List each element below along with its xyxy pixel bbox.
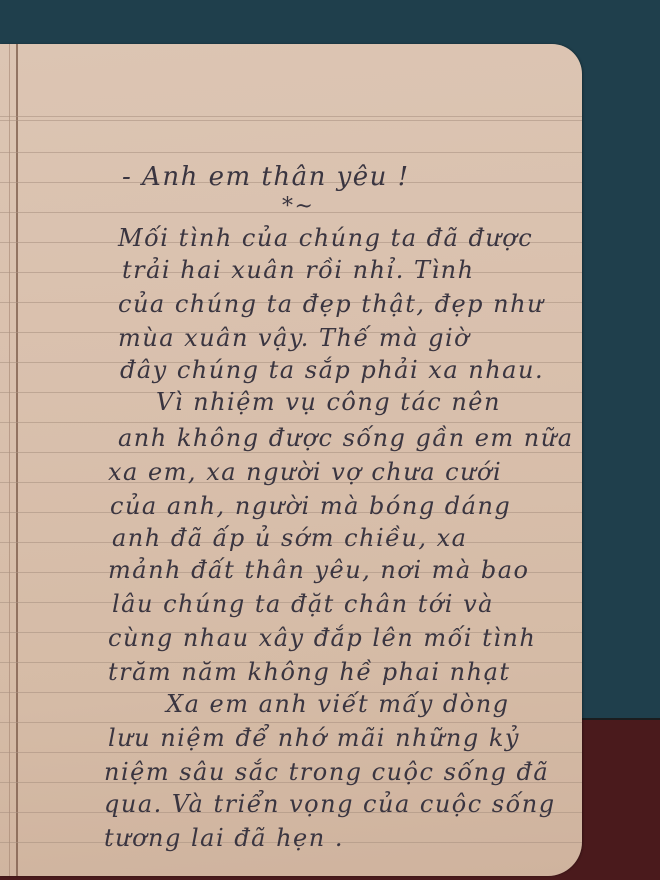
letter-line: niệm sâu sắc trong cuộc sống đã <box>104 758 549 786</box>
letter-ornament: *~ <box>282 194 314 219</box>
letter-line: của chúng ta đẹp thật, đẹp như <box>118 290 544 318</box>
handwritten-letter: - Anh em thân yêu ! *~ Mối tình của chún… <box>0 44 582 876</box>
letter-line: xa em, xa người vợ chưa cưới <box>108 458 502 486</box>
letter-line: qua. Và triển vọng của cuộc sống <box>104 790 556 818</box>
notebook-page: - Anh em thân yêu ! *~ Mối tình của chún… <box>0 44 582 876</box>
letter-line: trải hai xuân rồi nhỉ. Tình <box>122 256 475 284</box>
letter-line: đây chúng ta sắp phải xa nhau. <box>120 356 544 384</box>
letter-line: Vì nhiệm vụ công tác nên <box>156 388 501 416</box>
letter-line: Mối tình của chúng ta đã được <box>118 224 533 252</box>
letter-line: mùa xuân vậy. Thế mà giờ <box>118 324 470 352</box>
letter-line: Xa em anh viết mấy dòng <box>166 690 510 718</box>
letter-line: mảnh đất thân yêu, nơi mà bao <box>108 556 529 584</box>
letter-line: lưu niệm để nhớ mãi những kỷ <box>108 724 520 752</box>
letter-line: anh đã ấp ủ sớm chiều, xa <box>112 524 468 552</box>
letter-greeting: - Anh em thân yêu ! <box>122 162 410 192</box>
letter-line: trăm năm không hề phai nhạt <box>108 658 511 686</box>
letter-line: anh không được sống gần em nữa <box>118 424 574 452</box>
letter-line: cùng nhau xây đắp lên mối tình <box>108 624 536 652</box>
letter-line: tương lai đã hẹn . <box>104 824 344 852</box>
letter-line: lâu chúng ta đặt chân tới và <box>112 590 494 618</box>
letter-line: của anh, người mà bóng dáng <box>110 492 511 520</box>
